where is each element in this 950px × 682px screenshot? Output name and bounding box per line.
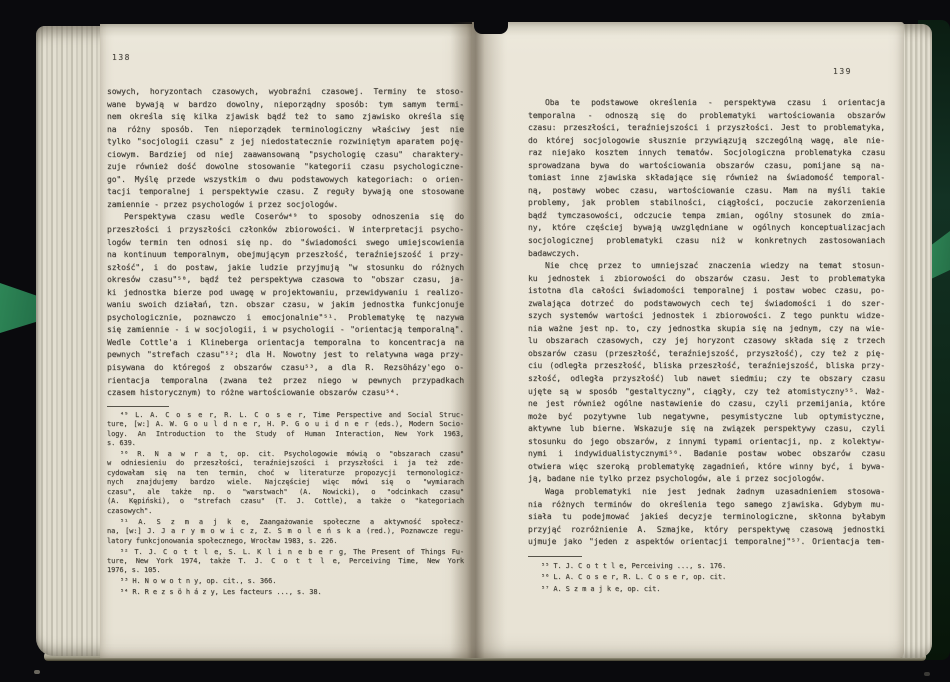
text-line: zamiennie - przez psychologów i przez so… <box>107 199 464 212</box>
footnote: ⁵⁶ L. A. C o s e r, R. L. C o s e r, op.… <box>528 572 885 582</box>
text-line: tomiast inne zjawiska składające się rów… <box>528 172 885 185</box>
text-line: ną, postawy wobec czasu, wartościowanie … <box>528 185 885 198</box>
text-line: problemy, jak problem stabilności, ciągł… <box>528 197 885 210</box>
text-line: na, [w:] J. J a r y m o w i c z, Z. S m … <box>107 527 464 536</box>
footnote: ⁵¹ A. S z m a j k e, Zaangażowanie społe… <box>107 518 464 546</box>
footnote: ⁵³ H. N o w o t n y, op. cit., s. 366. <box>107 577 464 586</box>
text-line: przeszłości i przyszłości członków zbior… <box>107 224 464 237</box>
text-line: Nie chcę przez to umniejszać znaczenia w… <box>528 260 885 273</box>
text-line: go". Myślę przede wszystkim o dwu podsta… <box>107 174 464 187</box>
footnote: ⁵⁴ R. R e z s ö h á z y, Les facteurs ..… <box>107 588 464 597</box>
text-line: na różny sposób. Ten nieporządek termino… <box>107 124 464 137</box>
text-line: ny, które częściej bywają uwzględniane w… <box>528 222 885 235</box>
text-line: okresów czasu"⁵⁰, bądź też perspektywa c… <box>107 274 464 287</box>
text-line: ⁵¹ A. S z m a j k e, Zaangażowanie społe… <box>107 518 464 527</box>
text-line: logy. An Introduction to the Study of Hu… <box>107 430 464 439</box>
text-line: ⁵⁵ T. J. C o t t l e, Perceiving ..., s.… <box>528 561 885 571</box>
text-line: obszarów czasu (przeszłość, teraźniejszo… <box>528 348 885 361</box>
text-line: badawczych. <box>528 248 885 261</box>
text-line: aktywne lub bierne. Wskazuje się na zwią… <box>528 423 885 436</box>
text-line: nia ważne jest np. to, czy jednostka sku… <box>528 323 885 336</box>
text-line: tacji temporalnej i perspektywie czasu. … <box>107 186 464 199</box>
text-line: psychologicznie, poznawczo i emocjonalni… <box>107 312 464 325</box>
text-line: s. 639. <box>107 439 464 448</box>
footnote: ⁵⁵ T. J. C o t t l e, Perceiving ..., s.… <box>528 561 885 571</box>
dust-speck <box>924 672 930 676</box>
text-line: ture, New York 1974, także T. J. C o t t… <box>107 557 464 566</box>
text-line: ciowym. Bardziej od niej zaawansowaną "p… <box>107 149 464 162</box>
text-line: latory funkcjonowania społecznego, Wrocł… <box>107 537 464 546</box>
text-line: socjologicznej problematyki czasu niż w … <box>528 235 885 248</box>
text-line: sowych, horyzontach czasowych, wyobraźni… <box>107 86 464 99</box>
text-line: lu obszarach czasowych, czy jej horyzont… <box>528 335 885 348</box>
text-line: Waga problematyki nie jest jednak żadnym… <box>528 486 885 499</box>
footnote: ⁵⁰ R. N a w r a t, op. cit. Psychologowi… <box>107 450 464 516</box>
dust-speck <box>34 670 40 674</box>
text-line: może być pozytywne lub negatywne, pesymi… <box>528 411 885 424</box>
text-line: temporalna - odnoszą się do problematyki… <box>528 110 885 123</box>
text-line: cydowałam się na ten termin, choć w lite… <box>107 469 464 478</box>
footnotes: ⁵⁵ T. J. C o t t l e, Perceiving ..., s.… <box>528 561 885 595</box>
text-line: ujmuje jako "jeden z aspektów orientacji… <box>528 536 885 549</box>
text-line: czasu: przeszłości, teraźniejszości i pr… <box>528 122 885 135</box>
text-line: szłość, odległa przyszłość) lub nawet si… <box>528 373 885 386</box>
text-line: ⁵⁷ A. S z m a j k e, op. cit. <box>528 584 885 594</box>
page-stack-edges-right <box>902 24 932 658</box>
text-line: na kontinuum temporalnym, obejmującym pr… <box>107 249 464 262</box>
book-scan-scene: 138 139 sowych, horyzontach czasowych, w… <box>0 0 950 682</box>
footnote-rule <box>107 406 169 407</box>
text-line: do której socjologowie słusznie przywiąz… <box>528 135 885 148</box>
text-line: szłość", i do postaw, jakie ludzie przyj… <box>107 262 464 275</box>
left-page-text-column: sowych, horyzontach czasowych, wyobraźni… <box>107 86 464 598</box>
text-line: ku jednostek i zbiorowości do obszarów c… <box>528 273 885 286</box>
text-line: raz niejako kosztem innych tematów. Socj… <box>528 147 885 160</box>
text-line: rientacja temporalna (zwana też przez ni… <box>107 375 464 388</box>
text-line: się zamiennie - i w socjologii, i w psyc… <box>107 324 464 337</box>
text-line: tylko "socjologii czasu" z jej niedostat… <box>107 136 464 149</box>
text-line: ⁴⁹ L. A. C o s e r, R. L. C o s e r, Tim… <box>107 411 464 420</box>
text-line: nych znajdujemy bardzo wiele. Najczęście… <box>107 478 464 487</box>
text-line: wane bywają w bardzo dowolny, nieporządn… <box>107 99 464 112</box>
text-line: przyjąć rozróżnienie A. Szmajke, który p… <box>528 524 885 537</box>
text-line: pisywana do któregoś z obszarów czasu⁵³,… <box>107 362 464 375</box>
text-line: czasowych". <box>107 507 464 516</box>
text-line: waniu swoich działań, tzn. obszar czasu,… <box>107 299 464 312</box>
text-line: Oba te podstawowe określenia - perspekty… <box>528 97 885 110</box>
footnote-rule <box>528 556 582 557</box>
text-line: zwalająca dotrzeć do podstawowych cech t… <box>528 298 885 311</box>
text-line: ture, [w:] A. W. G o u l d n e r, H. P. … <box>107 420 464 429</box>
text-line: siała tu podejmować jakieś decyzje termi… <box>528 511 885 524</box>
text-line: nem określa się kilka zjawisk bądź też t… <box>107 111 464 124</box>
body-text: Oba te podstawowe określenia - perspekty… <box>528 97 885 549</box>
text-line: bądź tymczasowości, odczucie tempa zmian… <box>528 210 885 223</box>
text-line: 1976, s. 105. <box>107 566 464 575</box>
text-line: ⁵² T. J. C o t t l e, S. L. K l i n e b … <box>107 548 464 557</box>
page-stack-edges-left <box>36 26 106 656</box>
text-line: (A. Kępiński), o "strefach czasu" (T. J.… <box>107 497 464 506</box>
text-line: ⁵³ H. N o w o t n y, op. cit., s. 366. <box>107 577 464 586</box>
text-line: w odniesieniu do przeszłości, teraźniejs… <box>107 459 464 468</box>
text-line: czasu", ale także np. o "warstwach" (A. … <box>107 488 464 497</box>
text-line: ⁵⁴ R. R e z s ö h á z y, Les facteurs ..… <box>107 588 464 597</box>
footnote: ⁵⁷ A. S z m a j k e, op. cit. <box>528 584 885 594</box>
text-line: czasem historycznym) to różne wartościow… <box>107 387 464 400</box>
page-number-right: 139 <box>833 67 852 76</box>
text-line: Perspektywa czasu wedle Coserów⁴⁹ to spo… <box>107 211 464 224</box>
footnote: ⁵² T. J. C o t t l e, S. L. K l i n e b … <box>107 548 464 576</box>
text-line: zuje również dość dowolne stosowanie "ka… <box>107 161 464 174</box>
text-line: nia różnych terminów do określenia tego … <box>528 499 885 512</box>
right-page-text-column: Oba te podstawowe określenia - perspekty… <box>528 97 885 594</box>
body-text: sowych, horyzontach czasowych, wyobraźni… <box>107 86 464 400</box>
text-line: ujęte są w sposób "gestaltyczny", ciągły… <box>528 386 885 399</box>
text-line: ciu (odległa przeszłość, bliska przeszło… <box>528 360 885 373</box>
page-number-left: 138 <box>112 53 131 62</box>
text-line: Wedle Cottle'a i Klineberga orientacja t… <box>107 337 464 350</box>
text-line: istotna dla całości świadomości temporal… <box>528 285 885 298</box>
text-line: stosunku do jego obszarów, z innymi typa… <box>528 436 885 449</box>
text-line: ją, badane nie tylko przez psychologów, … <box>528 473 885 486</box>
text-line: sprowadzana bywa do wartościowania obsza… <box>528 160 885 173</box>
text-line: otwiera więc szeroką problematykę zagadn… <box>528 461 885 474</box>
text-line: logów termin ten odnosi się np. do "świa… <box>107 237 464 250</box>
footnote: ⁴⁹ L. A. C o s e r, R. L. C o s e r, Tim… <box>107 411 464 449</box>
text-line: szych systemów wartości jednostek i zbio… <box>528 310 885 323</box>
text-line: ⁵⁶ L. A. C o s e r, R. L. C o s e r, op.… <box>528 572 885 582</box>
footnotes: ⁴⁹ L. A. C o s e r, R. L. C o s e r, Tim… <box>107 411 464 598</box>
text-line: nymi i indywidualistycznymi⁵⁶. Badanie p… <box>528 448 885 461</box>
text-line: pewnych "strefach czasu"⁵²; dla H. Nowot… <box>107 349 464 362</box>
gutter-top-notch <box>474 0 508 34</box>
text-line: ne jest również ogólne nastawienie do cz… <box>528 398 885 411</box>
text-line: ki jednostka bierze pod uwagę w projekto… <box>107 287 464 300</box>
